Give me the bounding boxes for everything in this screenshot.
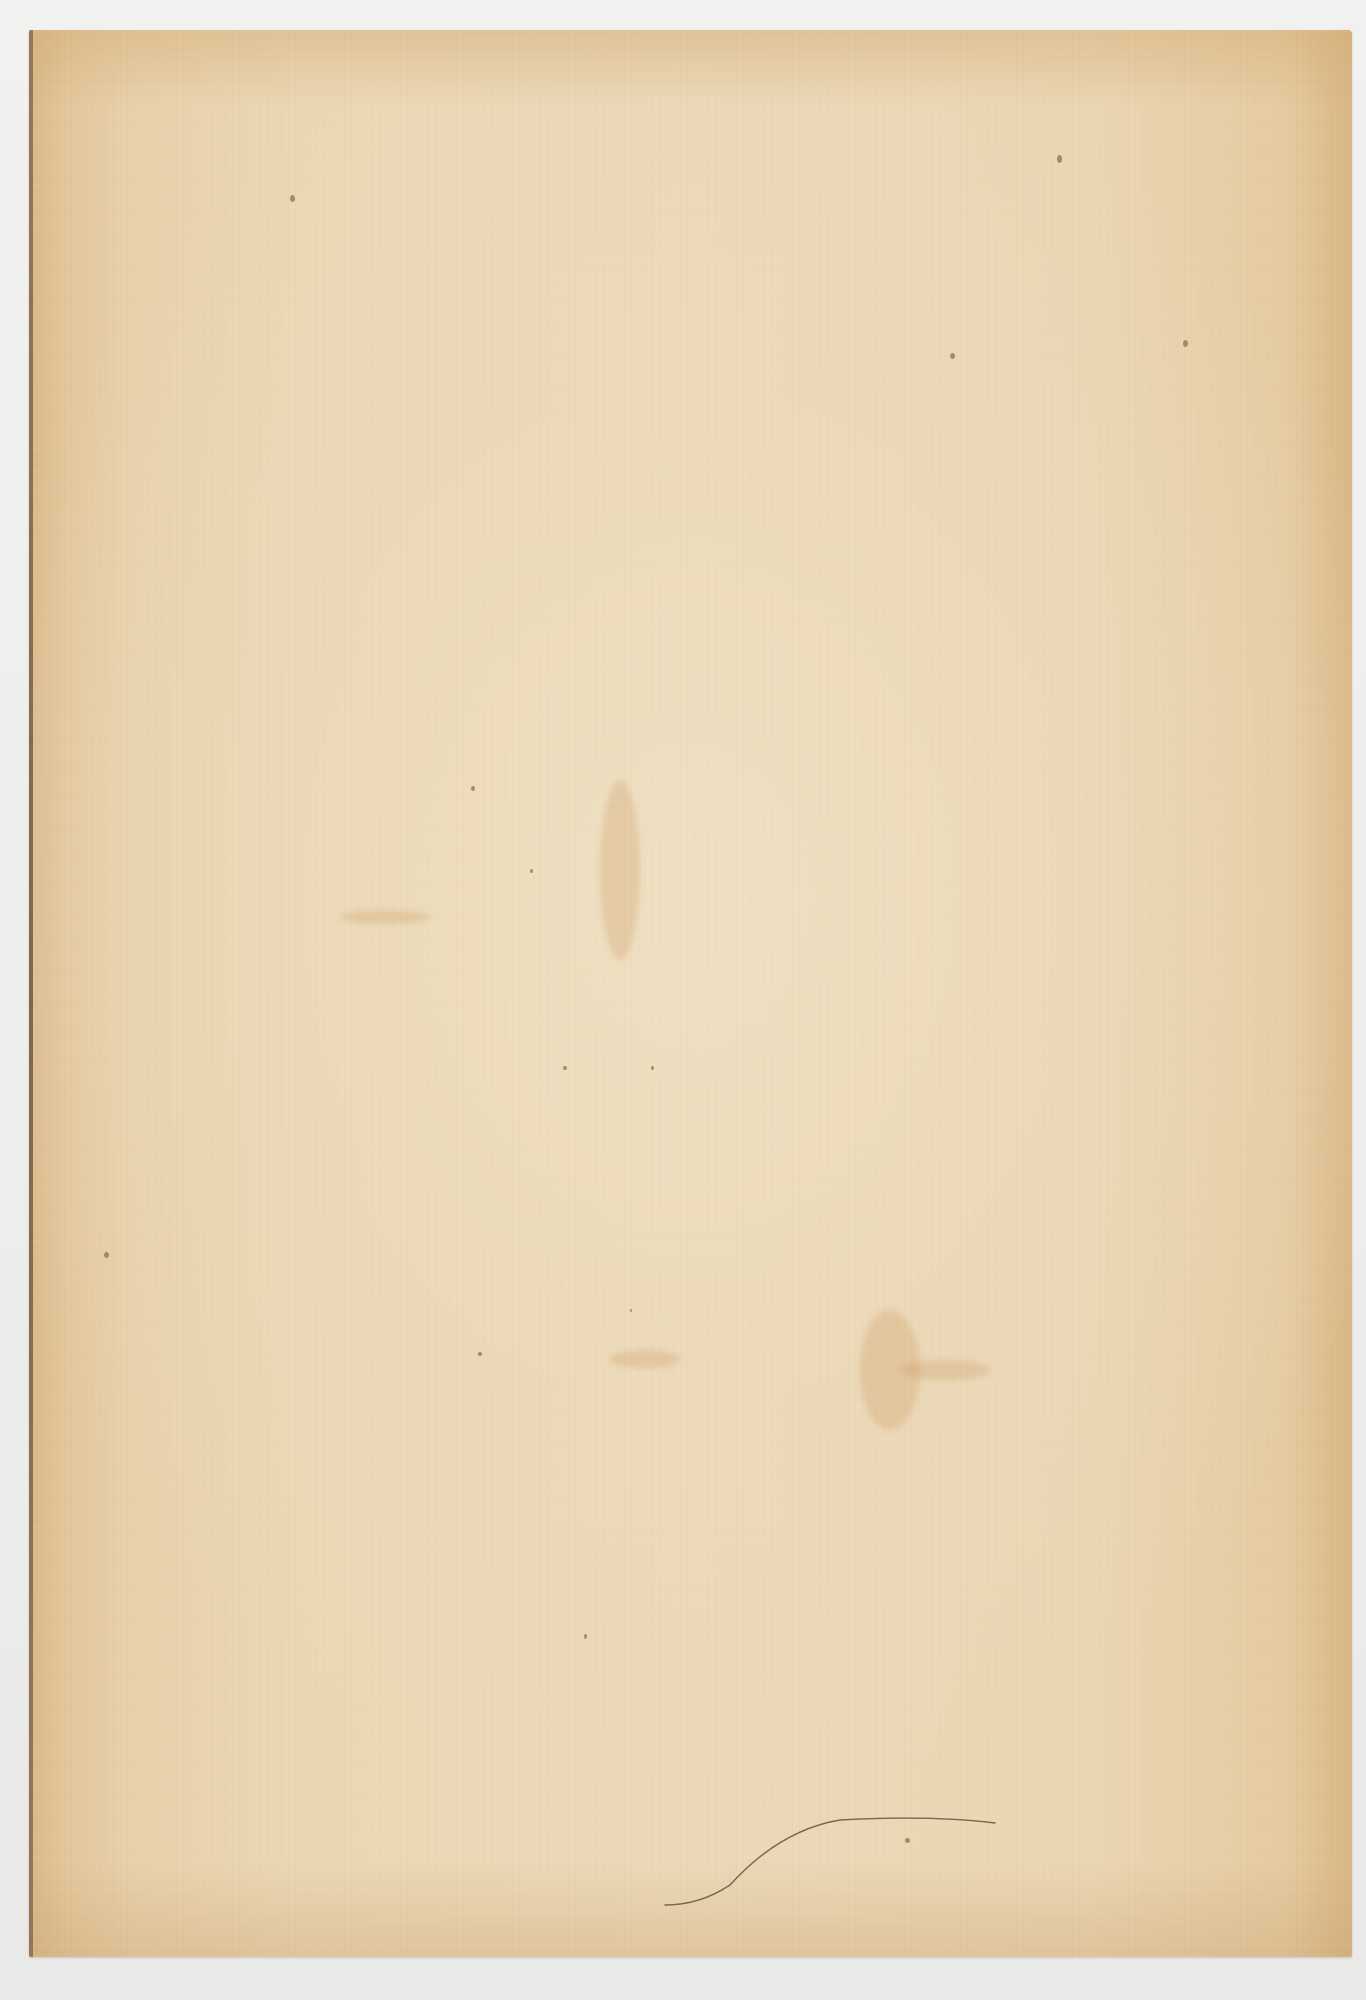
paper-fiber-texture — [29, 30, 1352, 1957]
photo-backdrop — [0, 0, 1366, 2000]
paper-speck — [584, 1634, 587, 1639]
paper-speck — [950, 353, 955, 359]
water-stain — [900, 1360, 990, 1380]
paper-speck — [530, 869, 533, 873]
paper-speck — [630, 1309, 632, 1312]
water-stain — [610, 1350, 680, 1368]
paper-speck — [478, 1352, 482, 1356]
paper-left-edge — [29, 30, 33, 1957]
paper-speck — [290, 195, 295, 202]
water-stain — [340, 910, 430, 924]
paper-speck — [651, 1066, 654, 1070]
aged-paper-sheet — [29, 30, 1352, 1957]
paper-speck — [1057, 155, 1062, 163]
paper-speck — [471, 786, 475, 791]
paper-speck — [905, 1838, 910, 1843]
paper-speck — [563, 1066, 567, 1070]
paper-speck — [1183, 340, 1188, 347]
water-stain — [600, 780, 640, 960]
paper-speck — [104, 1252, 109, 1258]
